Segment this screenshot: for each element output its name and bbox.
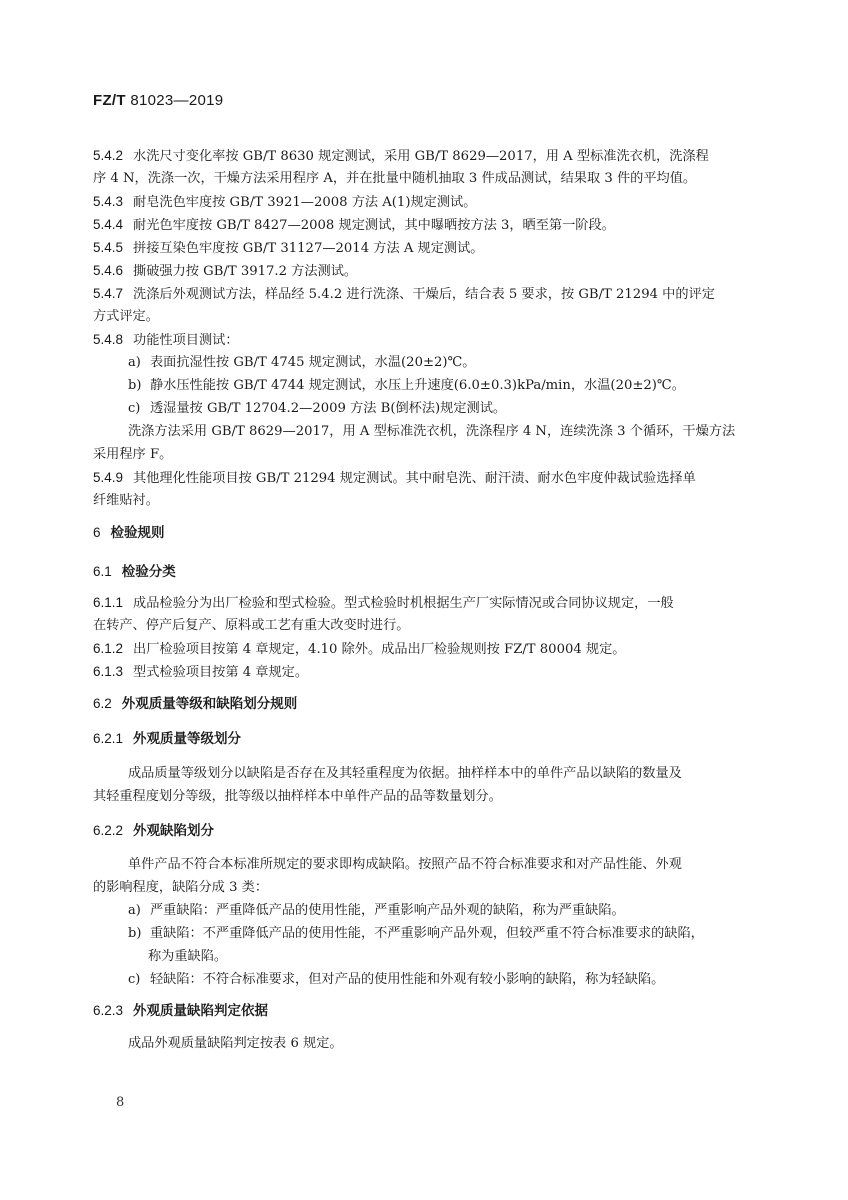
clause-5-4-9-cont: 纤维贴衬。 bbox=[93, 492, 159, 510]
standard-number: 81023—2019 bbox=[130, 92, 223, 109]
clause-6-1-1: 6.1.1成品检验分为出厂检验和型式检验。型式检验时机根据生产厂实际情况或合同协… bbox=[93, 594, 674, 613]
defect-major-cont: 称为重缺陷。 bbox=[148, 948, 227, 966]
defect-major: b)重缺陷：不严重降低产品的使用性能，不严重影响产品外观，但较严重不符合标准要求… bbox=[128, 925, 704, 943]
clause-6-1-3: 6.1.3型式检验项目按第 4 章规定。 bbox=[93, 663, 308, 682]
clause-5-4-3: 5.4.3耐皂洗色牢度按 GB/T 3921—2008 方法 A(1)规定测试。 bbox=[93, 193, 476, 212]
clause-5-4-8-b: b)静水压性能按 GB/T 4744 规定测试，水压上升速度(6.0±0.3)k… bbox=[128, 377, 685, 395]
clause-5-4-2: 5.4.2水洗尺寸变化率按 GB/T 8630 规定测试，采用 GB/T 862… bbox=[93, 147, 709, 166]
clause-5-4-8-c: c)透湿量按 GB/T 12704.2—2009 方法 B(倒杯法)规定测试。 bbox=[128, 400, 506, 418]
standard-code-header: FZ/T 81023—2019 bbox=[93, 92, 223, 109]
standard-prefix: FZ/T bbox=[93, 92, 126, 109]
clause-5-4-2-cont: 序 4 N，洗涤一次，干燥方法采用程序 A，并在批量中随机抽取 3 件成品测试，… bbox=[93, 170, 696, 188]
para-6-2-2-line1: 单件产品不符合本标准所规定的要求即构成缺陷。按照产品不符合标准要求和对产品性能、… bbox=[128, 856, 682, 874]
clause-6-1-1-cont: 在转产、停产后复产、原料或工艺有重大改变时进行。 bbox=[93, 617, 410, 635]
clause-5-4-7: 5.4.7洗涤后外观测试方法，样品经 5.4.2 进行洗涤、干燥后，结合表 5 … bbox=[93, 285, 715, 304]
clause-5-4-7-cont: 方式评定。 bbox=[93, 308, 159, 326]
clause-6-1-2: 6.1.2出厂检验项目按第 4 章规定，4.10 除外。成品出厂检验规则按 FZ… bbox=[93, 640, 626, 659]
clause-5-4-6: 5.4.6撕破强力按 GB/T 3917.2 方法测试。 bbox=[93, 262, 357, 281]
para-6-2-3: 成品外观质量缺陷判定按表 6 规定。 bbox=[128, 1035, 343, 1053]
defect-minor: c)轻缺陷：不符合标准要求，但对产品的使用性能和外观有较小影响的缺陷，称为轻缺陷… bbox=[128, 971, 664, 989]
clause-5-4-8: 5.4.8功能性项目测试： bbox=[93, 331, 239, 350]
section-6-2-3-heading: 6.2.3外观质量缺陷判定依据 bbox=[93, 1002, 268, 1020]
clause-5-4-8-a: a)表面抗湿性按 GB/T 4745 规定测试，水温(20±2)℃。 bbox=[128, 354, 476, 372]
section-6-heading: 6检验规则 bbox=[93, 524, 165, 542]
clause-5-4-9: 5.4.9其他理化性能项目按 GB/T 21294 规定测试。其中耐皂洗、耐汗渍… bbox=[93, 469, 696, 488]
clause-5-4-5: 5.4.5拼接互染色牢度按 GB/T 31127—2014 方法 A 规定测试。 bbox=[93, 239, 484, 258]
section-6-1-heading: 6.1检验分类 bbox=[93, 563, 176, 581]
para-6-2-2-line2: 的影响程度，缺陷分成 3 类： bbox=[93, 879, 268, 897]
para-6-2-1-line1: 成品质量等级划分以缺陷是否存在及其轻重程度为依据。抽样样本中的单件产品以缺陷的数… bbox=[128, 765, 682, 783]
defect-severe: a)严重缺陷：严重降低产品的使用性能，严重影响产品外观的缺陷，称为严重缺陷。 bbox=[128, 902, 625, 920]
section-6-2-2-heading: 6.2.2外观缺陷划分 bbox=[93, 822, 214, 840]
section-6-2-1-heading: 6.2.1外观质量等级划分 bbox=[93, 730, 241, 748]
clause-5-4-4: 5.4.4耐光色牢度按 GB/T 8427—2008 规定测试，其中曝晒按方法 … bbox=[93, 216, 615, 235]
section-6-2-heading: 6.2外观质量等级和缺陷划分规则 bbox=[93, 695, 297, 713]
clause-5-4-8-wash-cont: 采用程序 F。 bbox=[93, 446, 172, 464]
para-6-2-1-line2: 其轻重程度划分等级，批等级以抽样样本中单件产品的品等数量划分。 bbox=[93, 788, 502, 806]
clause-5-4-8-wash: 洗涤方法采用 GB/T 8629—2017，用 A 型标准洗衣机，洗涤程序 4 … bbox=[128, 423, 735, 441]
page-number: 8 bbox=[116, 1095, 124, 1110]
